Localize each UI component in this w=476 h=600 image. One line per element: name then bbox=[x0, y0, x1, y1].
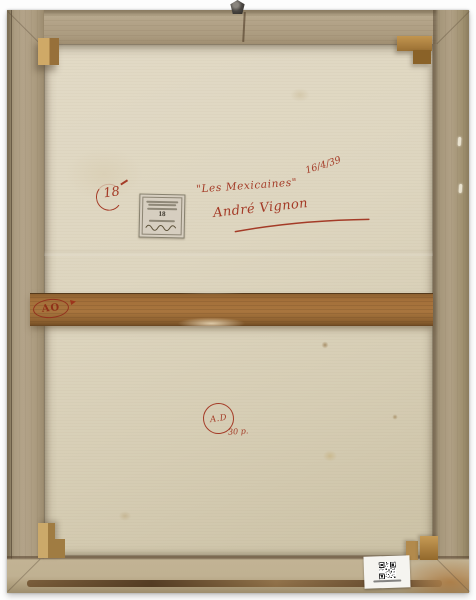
corner-key-top-left bbox=[38, 38, 59, 65]
staple-glint bbox=[458, 137, 462, 146]
photo-of-painting-verso: 18 18 "Les Mexicaines" 16/4/39 André Vig… bbox=[0, 0, 476, 600]
label-print-line bbox=[146, 200, 178, 203]
red-tick-stroke bbox=[120, 179, 128, 185]
frame-right-edge bbox=[433, 10, 469, 593]
corner-key-bottom-right-step bbox=[420, 536, 438, 560]
wood-crack bbox=[242, 12, 246, 42]
staple-glint bbox=[459, 184, 463, 193]
size-annotation: 30 p. bbox=[228, 426, 249, 436]
stretcher-crossbar bbox=[30, 293, 433, 326]
crossbar-monogram-text: AO bbox=[41, 302, 60, 315]
label-print-line bbox=[148, 204, 176, 207]
label-number: 18 bbox=[158, 211, 165, 218]
inventory-sticker bbox=[363, 555, 410, 589]
corner-key-top-right-step bbox=[413, 50, 431, 64]
exhibition-label: 18 bbox=[139, 194, 186, 239]
circled-number-inscription: 18 bbox=[94, 178, 134, 217]
label-print-line bbox=[149, 219, 175, 222]
label-signature-squiggle bbox=[145, 223, 179, 232]
circled-number-text: 18 bbox=[102, 184, 120, 201]
sticker-caption-line bbox=[373, 580, 401, 583]
corner-key-bottom-left-step bbox=[54, 539, 65, 558]
center-monogram-text: A.D bbox=[209, 412, 227, 424]
corner-key-bottom-left bbox=[38, 523, 55, 558]
corner-key-top-right bbox=[397, 36, 432, 51]
wood-crack bbox=[11, 10, 12, 593]
stretcher-impression-line bbox=[44, 250, 433, 256]
qr-code-icon bbox=[378, 562, 396, 580]
label-printed-border: 18 bbox=[142, 197, 183, 236]
